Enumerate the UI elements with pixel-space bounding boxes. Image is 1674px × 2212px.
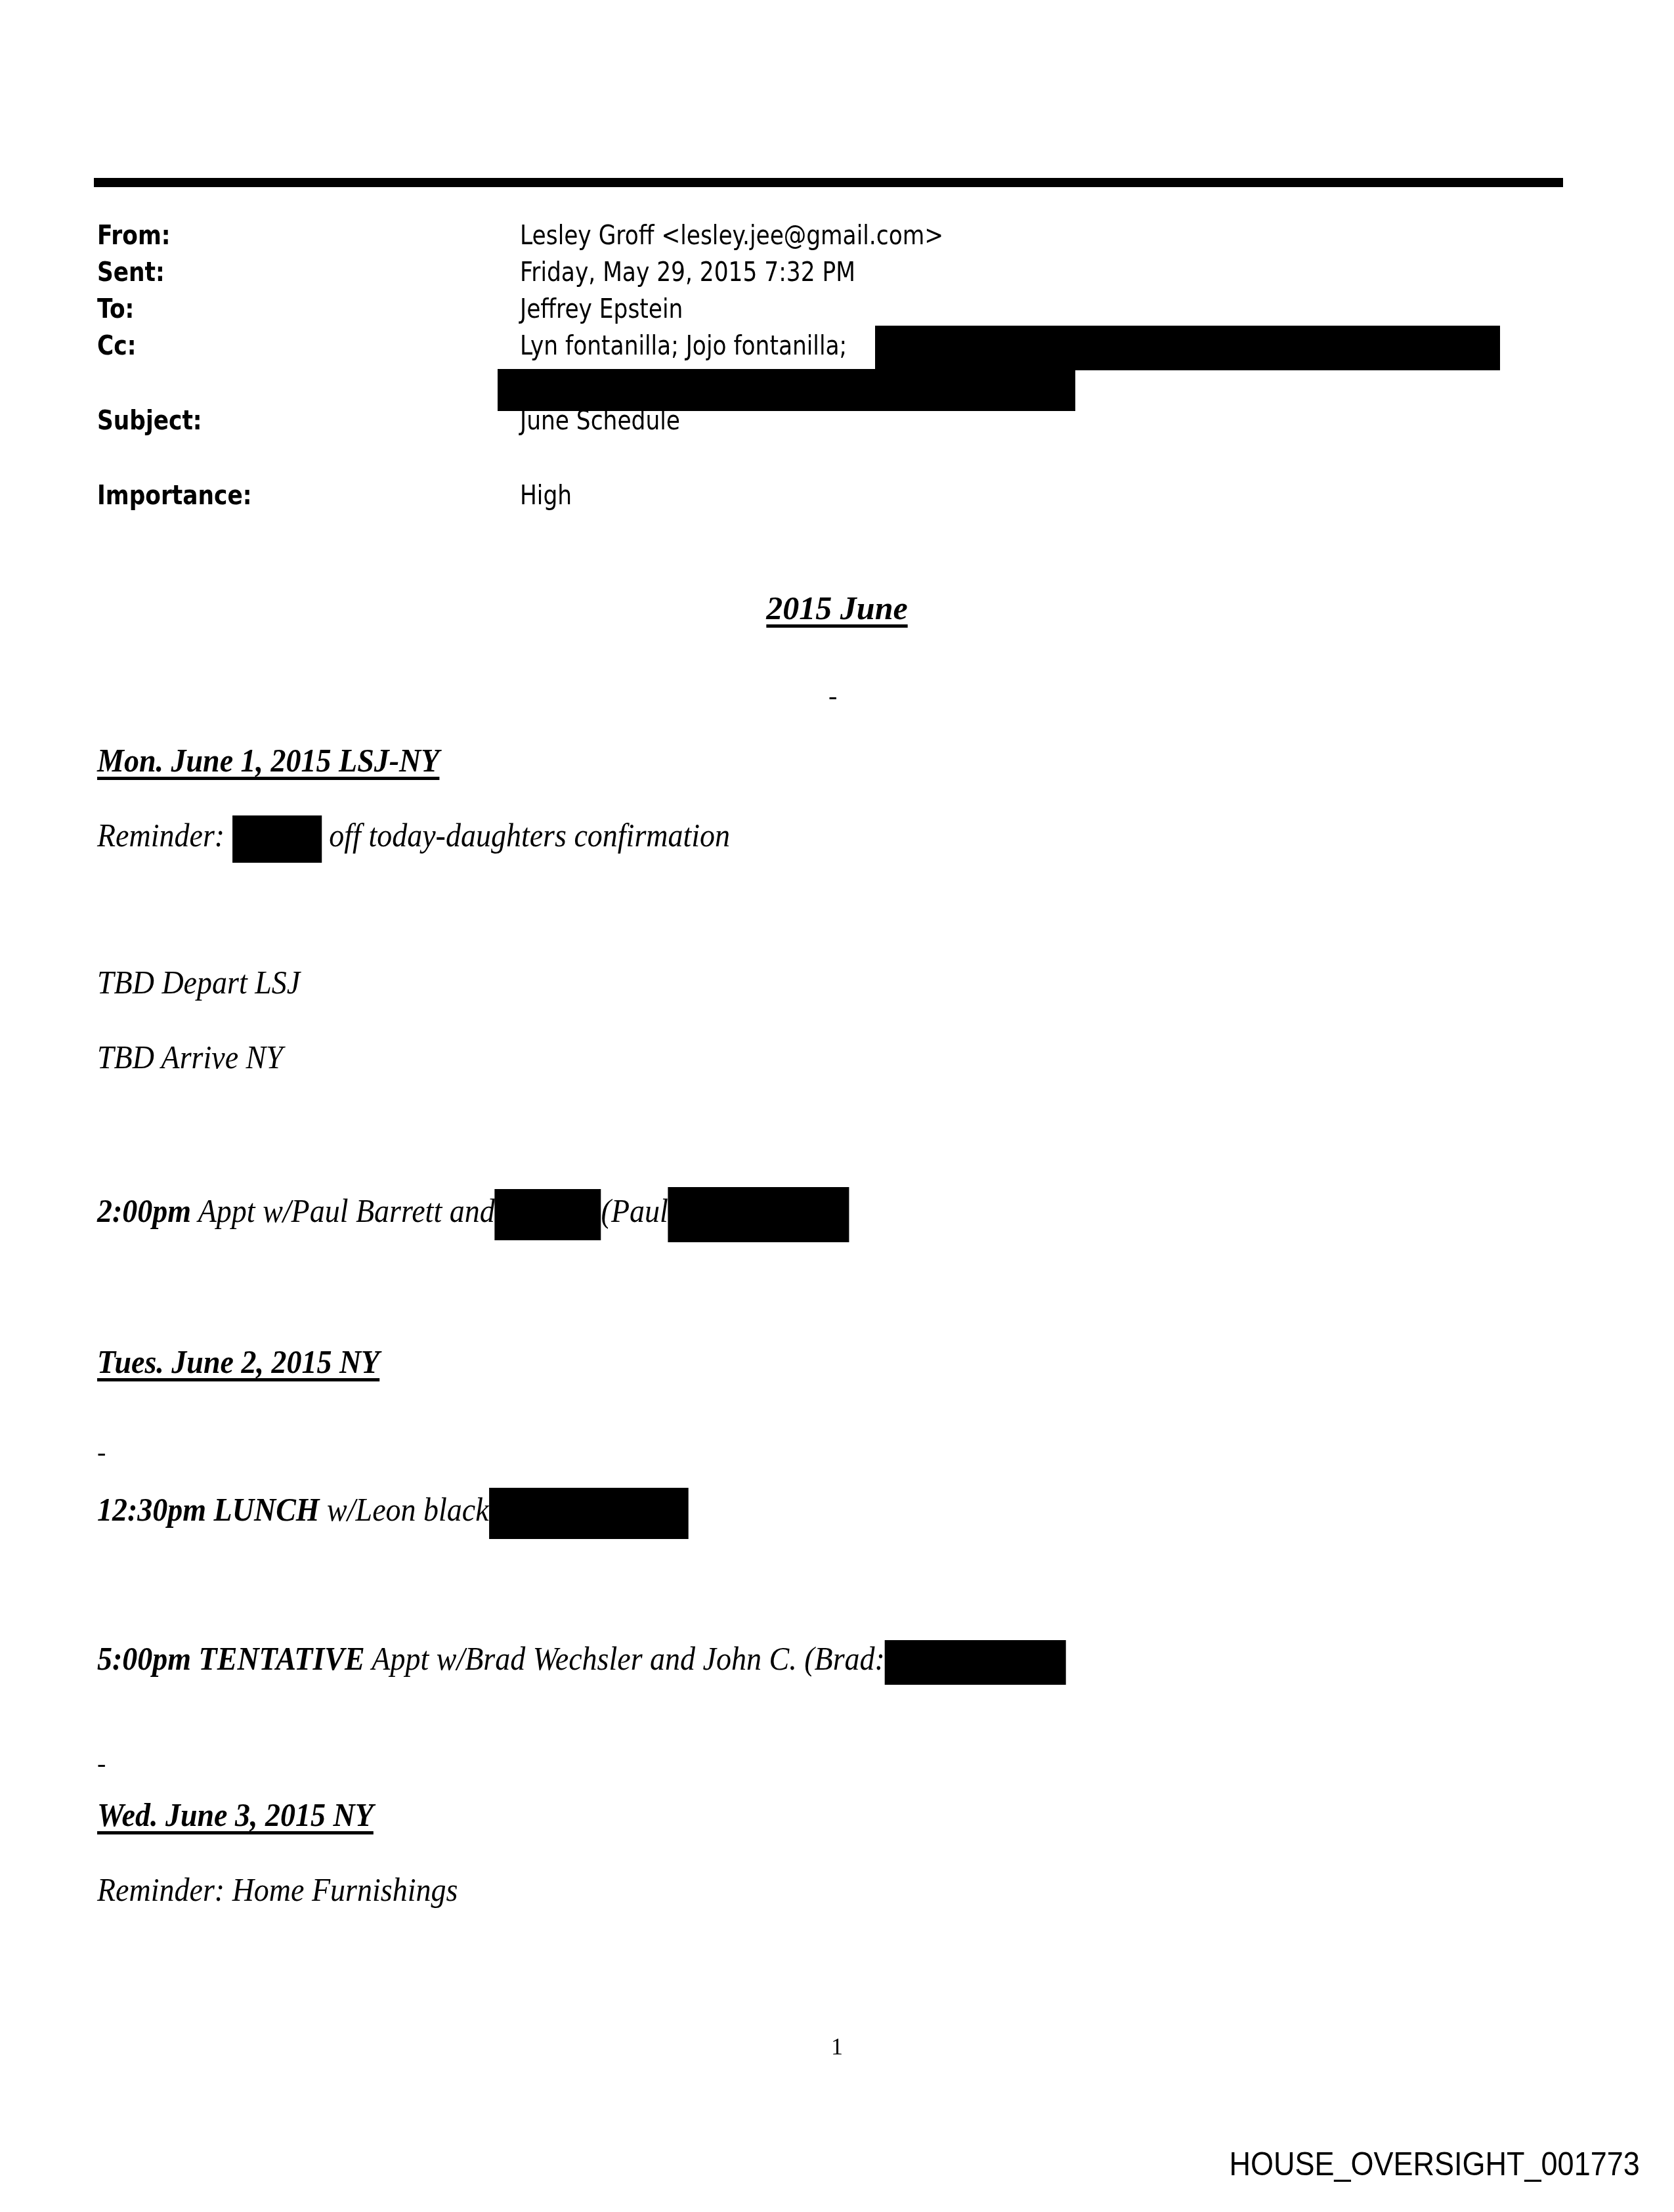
sent-label: Sent: (97, 256, 165, 289)
redaction-block (495, 1189, 601, 1240)
depart-line: TBD Depart LSJ (97, 963, 300, 1002)
redaction-block (489, 1488, 689, 1539)
day-heading-tue: Tues. June 2, 2015 NY (97, 1342, 379, 1381)
arrive-line: TBD Arrive NY (97, 1037, 283, 1077)
separator-dash: - (828, 683, 837, 709)
from-label: From: (97, 219, 171, 252)
redaction-block (885, 1640, 1066, 1685)
day-heading-wed: Wed. June 3, 2015 NY (97, 1795, 374, 1834)
to-value: Jeffrey Epstein (520, 293, 683, 326)
redaction-block (668, 1187, 849, 1242)
bates-number: HOUSE_OVERSIGHT_001773 (1230, 2144, 1640, 2184)
day-heading-mon: Mon. June 1, 2015 LSJ-NY (97, 741, 439, 780)
reminder-mon: Reminder: off today-daughters confirmati… (97, 815, 730, 863)
lunch-tue: 12:30pm LUNCH w/Leon black (97, 1488, 688, 1539)
importance-value: High (520, 479, 572, 512)
reminder-wed: Reminder: Home Furnishings (97, 1870, 458, 1909)
importance-label: Importance: (97, 479, 251, 512)
header-rule (94, 178, 1563, 187)
cc-value: Lyn fontanilla; Jojo fontanilla; (520, 330, 847, 362)
separator-dash: - (97, 1750, 106, 1777)
page-number: 1 (0, 2033, 1674, 2060)
redaction-block (232, 815, 322, 863)
schedule-title: 2015 June (0, 588, 1674, 628)
subject-label: Subject: (97, 404, 202, 437)
subject-value: June Schedule (520, 404, 680, 437)
cc-label: Cc: (97, 330, 136, 362)
separator-dash: - (97, 1439, 106, 1465)
from-value: Lesley Groff <lesley.jee@gmail.com> (520, 219, 943, 252)
to-label: To: (97, 293, 134, 326)
redaction-block (875, 326, 1500, 370)
appointment-mon: 2:00pm Appt w/Paul Barrett and(Paul (97, 1187, 849, 1242)
sent-value: Friday, May 29, 2015 7:32 PM (520, 256, 855, 289)
tentative-appointment-tue: 5:00pm TENTATIVE Appt w/Brad Wechsler an… (97, 1639, 1066, 1685)
